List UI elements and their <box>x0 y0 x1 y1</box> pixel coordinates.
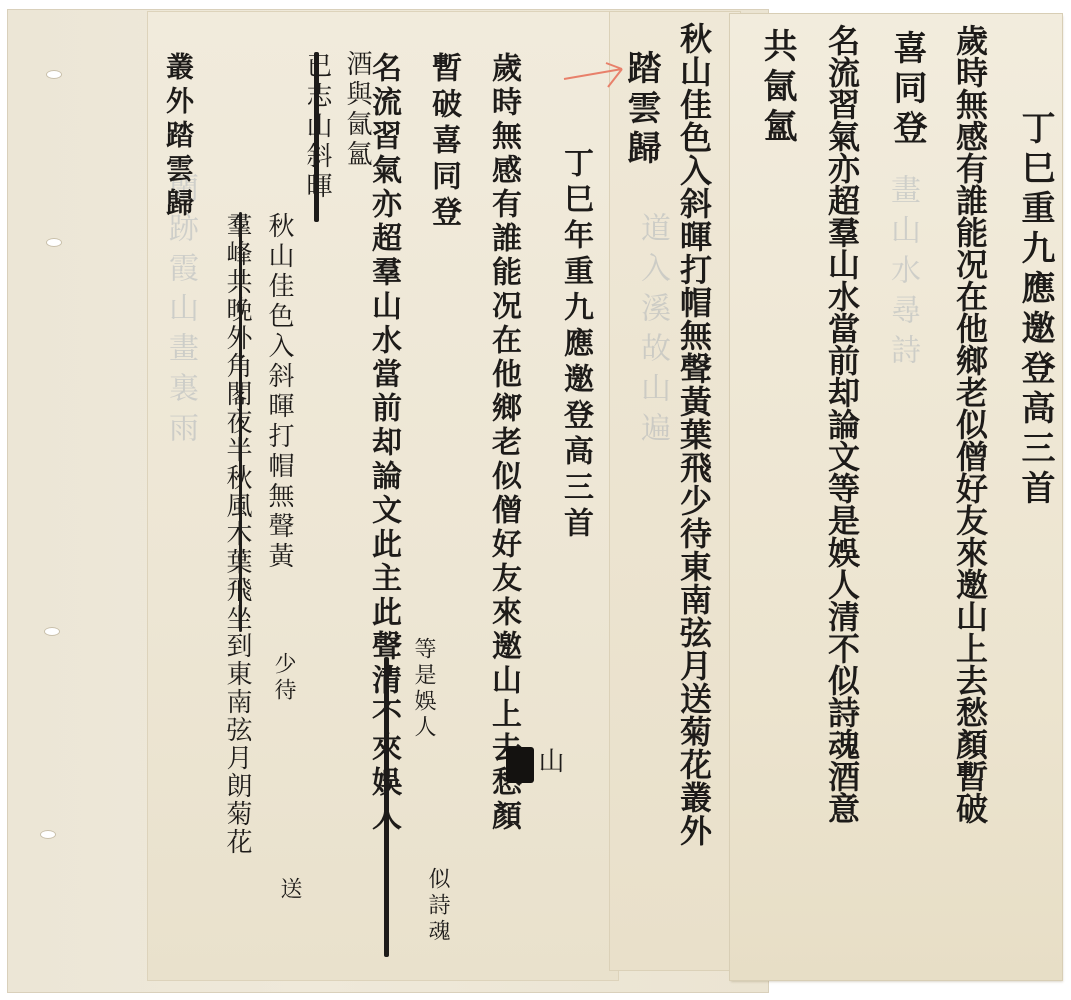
draft-insert-correction: 似詩魂 <box>426 867 448 945</box>
draft-insert-shan: 山 <box>536 747 562 777</box>
bleed-through-text: 畫山水尋詩 <box>880 174 924 374</box>
strike-through-line <box>314 52 319 222</box>
binding-hole <box>46 70 62 79</box>
final-sheet: 畫山水尋詩 丁巳重九應邀登高三首 歲時無感有誰能况在他鄉老似僧好友來邀山上去愁顏… <box>730 14 1062 980</box>
final-col-2: 喜同登 <box>890 30 924 150</box>
strip-col-1: 秋山佳色入斜暉打帽無聲黃葉飛少待東南弦月送菊花叢外 <box>678 22 710 847</box>
final-col-4: 共氤氳 <box>760 28 794 148</box>
ink-blot <box>506 747 534 783</box>
draft-col-4: 酒與氤氳 <box>344 50 370 170</box>
draft-col-2: 暫破喜同登 <box>428 52 458 232</box>
binding-hole <box>40 830 56 839</box>
binding-hole <box>44 627 60 636</box>
final-col-1: 歲時無感有誰能况在他鄉老似僧好友來邀山上去愁顏暫破 <box>954 24 986 824</box>
draft-col-title: 丁巳年重九應邀登高三首 <box>560 147 590 543</box>
red-arrow-annotation <box>562 57 632 97</box>
final-col-3: 名流習氣亦超羣山水當前却論文等是娛人清不似詩魂酒意 <box>826 24 858 824</box>
draft-insert-correction: 送 <box>278 877 300 903</box>
draft-insert-correction: 少待 <box>272 652 294 704</box>
strike-through-line <box>384 657 389 957</box>
final-col-title: 丁巳重九應邀登高三首 <box>1018 110 1052 510</box>
strike-through-line <box>239 212 242 632</box>
draft-col-7: 羣峰共晚外角閣夜半秋風木葉飛坐到東南弦月朗菊花 <box>224 212 250 856</box>
draft-col-8: 叢外踏雲歸 <box>164 52 192 222</box>
draft-col-6: 秋山佳色入斜暉打帽無聲黃 <box>266 212 292 572</box>
binding-hole <box>46 238 62 247</box>
draft-sheet: 蘭跡霞山畫裏雨 丁巳年重九應邀登高三首 歲時無感有誰能况在他鄉老似僧好友來邀山上… <box>148 12 618 980</box>
draft-insert-correction: 等是娛人 <box>412 637 434 741</box>
draft-col-1: 歲時無感有誰能况在他鄉老似僧好友來邀山上去愁顏 <box>488 52 518 834</box>
middle-strip: 道入溪故山遍 秋山佳色入斜暉打帽無聲黃葉飛少待東南弦月送菊花叢外 踏雲歸 <box>610 12 740 970</box>
bleed-through-text: 道入溪故山遍 <box>630 212 674 452</box>
draft-col-3: 名流習氣亦超羣山水當前却論文此主此聲清不來娛人 <box>368 52 398 834</box>
